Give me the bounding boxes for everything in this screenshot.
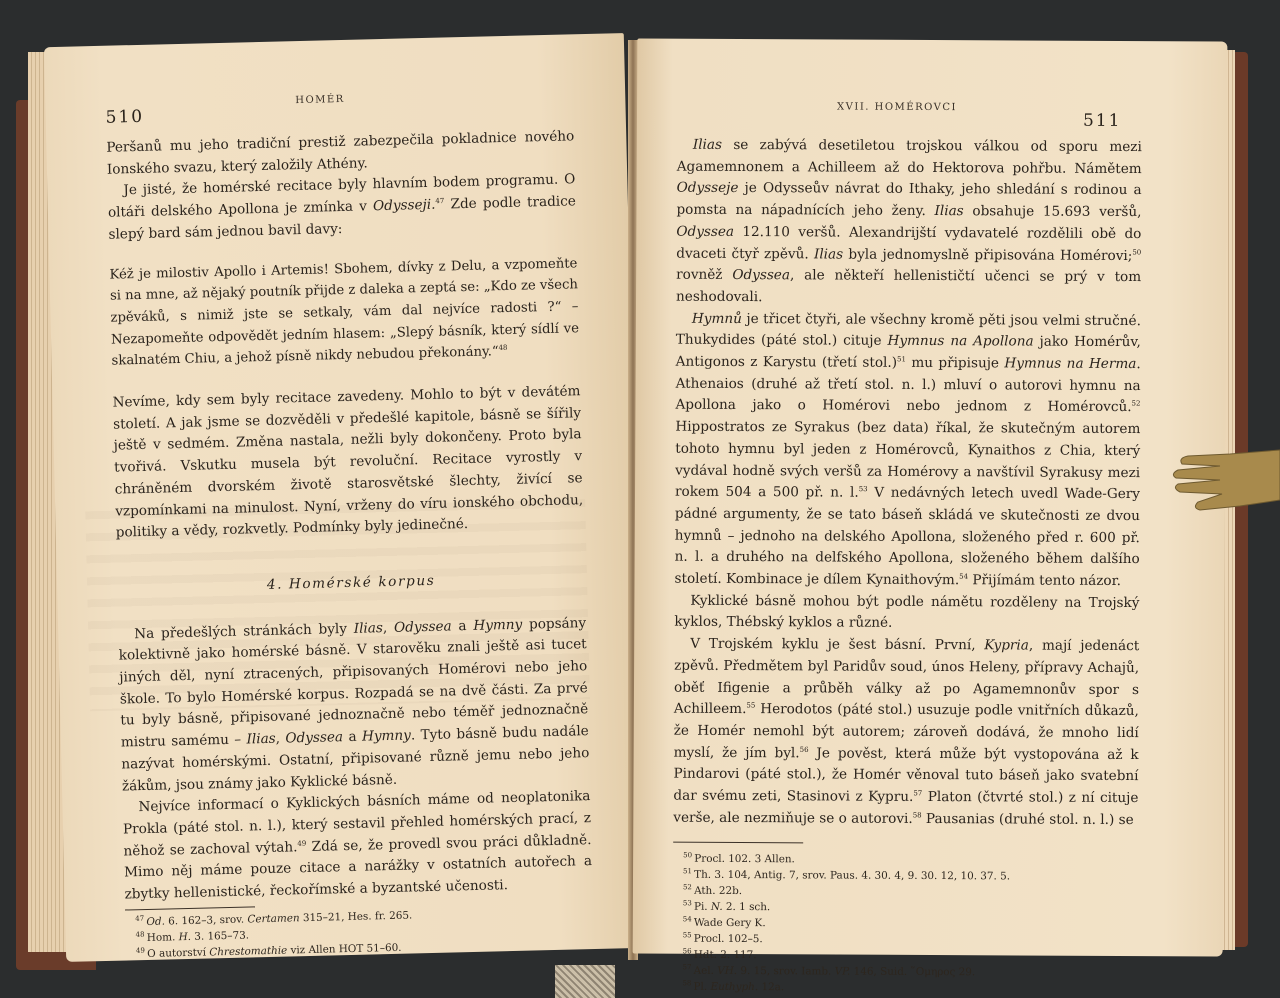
block-quote: Kéž je milostiv Apollo i Artemis! Sbohem… [109, 253, 580, 373]
footnote-marker: 58 [913, 811, 922, 819]
footnote-marker: 52 [1132, 400, 1141, 408]
right-footnotes: 50 Procl. 102. 3 Allen.51 Th. 3. 104, An… [672, 850, 1138, 996]
paragraph: Ilias se zabývá desetiletou trojskou vál… [676, 135, 1142, 311]
brass-hand-page-holder-icon [1170, 440, 1280, 520]
running-head-right: XVII. HOMÉROVCI [837, 102, 957, 114]
left-body: Peršanů mu jeho tradiční prestiž zabezpe… [106, 126, 594, 962]
footnote-marker: 54 [959, 573, 968, 581]
footnote: 51 Th. 3. 104, Antig. 7, srov. Paus. 4. … [673, 866, 1138, 884]
footnote-marker: 49 [297, 839, 306, 847]
footnote-rule [673, 841, 803, 843]
paragraph: V Trojském kyklu je šest básní. První, K… [673, 634, 1139, 832]
right-paragraphs: Ilias se zabývá desetiletou trojskou vál… [673, 135, 1142, 832]
running-head-left: HOMÉR [295, 94, 345, 106]
right-page: XVII. HOMÉROVCI 511 Ilias se zabývá dese… [633, 38, 1228, 956]
paragraph: Nejvíce informací o Kyklických básních m… [122, 786, 593, 906]
footnote-marker: 56 [800, 745, 809, 753]
paragraph: Na předešlých stránkách byly Ilias, Odys… [118, 613, 590, 798]
footnote-marker: 47 [435, 197, 444, 205]
page-number-right: 511 [1083, 111, 1122, 131]
paragraph: Hymnů je třicet čtyři, ale všechny kromě… [675, 308, 1141, 593]
footnote: 57 Ael. VH. 9. 15, srov. Iamb. VP. 146, … [672, 962, 1137, 980]
footnote: 56 Hdt. 2. 117. [673, 946, 1138, 964]
footnote-marker: 57 [913, 789, 922, 797]
bookmark-ribbon [555, 965, 615, 998]
footnote: 54 Wade Gery K. [673, 914, 1138, 932]
footnote-marker: 53 [859, 485, 868, 493]
footnote: 53 Pi. N. 2. 1 sch. [673, 898, 1138, 916]
paragraph: Kyklické básně mohou být podle námětu ro… [674, 590, 1139, 636]
left-footnotes: 47 Od. 6. 162–3, srov. Certamen 315–21, … [125, 903, 594, 962]
footnote-marker: 48 [498, 344, 507, 352]
footnote-marker: 55 [746, 702, 755, 710]
footnote: 58 Pl. Euthyph. 12a. [672, 978, 1137, 996]
footnote-rule [125, 906, 255, 910]
paragraph: Nevíme, kdy sem byly recitace zavedeny. … [112, 381, 584, 544]
footnote: 55 Procl. 102–5. [673, 930, 1138, 948]
footnote-marker: 51 [897, 355, 906, 363]
footnote: 50 Procl. 102. 3 Allen. [673, 850, 1138, 868]
right-body: Ilias se zabývá desetiletou trojskou vál… [672, 135, 1141, 997]
left-paragraphs: Peršanů mu jeho tradiční prestiž zabezpe… [106, 126, 593, 906]
section-heading: 4. Homérské korpus [117, 567, 585, 600]
left-page: HOMÉR 510 Peršanů mu jeho tradiční prest… [44, 33, 646, 962]
paragraph: Je jisté, že homérské recitace byly hlav… [107, 170, 576, 247]
page-number-left: 510 [105, 107, 144, 128]
footnote-marker: 50 [1132, 248, 1141, 256]
